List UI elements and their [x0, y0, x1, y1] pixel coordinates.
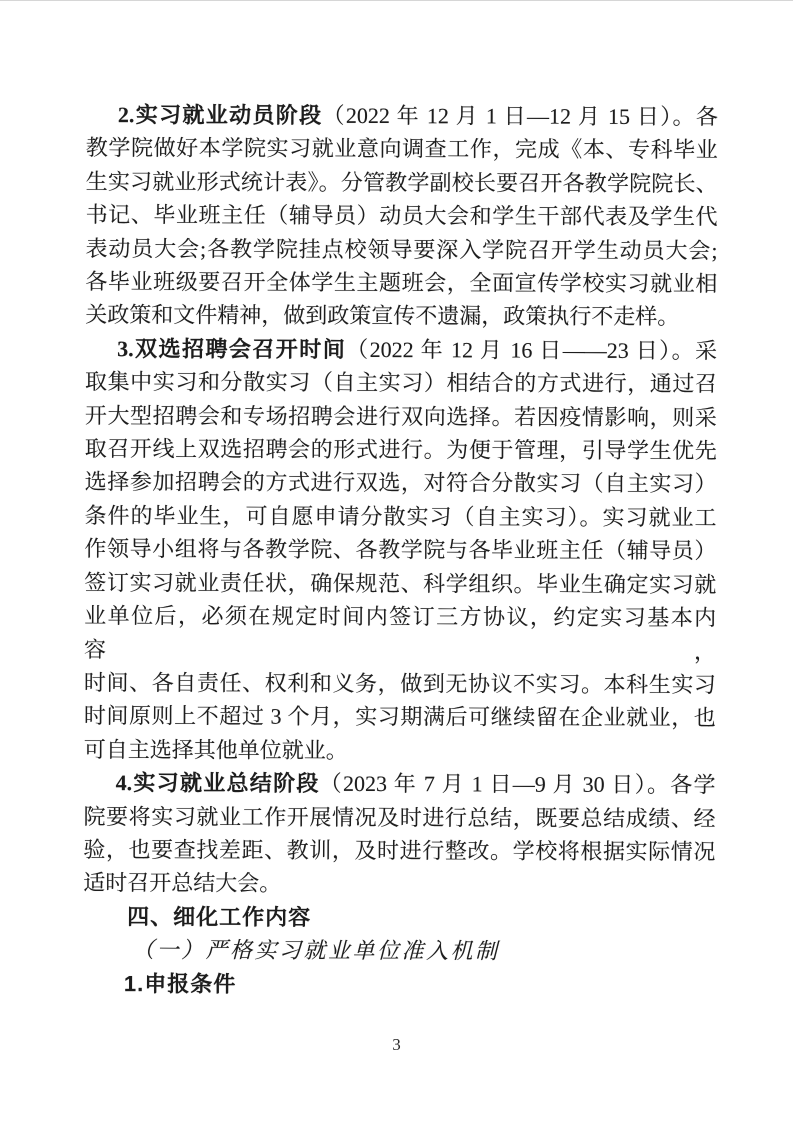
paragraph-3-line-5: 选择参加招聘会的方式进行双选，对符合分散实习（自主实习） [85, 465, 717, 501]
paragraph-2-line-5: 表动员大会;各教学院挂点校领导要深入学院召开学生动员大会; [85, 232, 717, 268]
paragraph-4-heading: 4.实习就业总结阶段 [116, 770, 320, 796]
section-heading: 四、细化工作内容 [83, 900, 715, 936]
paragraph-2-heading: 2.实习就业动员阶段 [118, 102, 323, 128]
paragraph-2-line-1: 2.实习就业动员阶段（2022 年 12 月 1 日—12 月 15 日）。各 [86, 98, 718, 134]
paragraph-3-line-11: 时间原则上不超过 3 个月，实习期满后可继续留在企业就业，也 [84, 699, 716, 735]
paragraph-2-line-7: 关政策和文件精神，做到政策宣传不遗漏，政策执行不走样。 [85, 298, 717, 334]
paragraph-4-line-1: 4.实习就业总结阶段（2023 年 7 月 1 日—9 月 30 日）。各学 [84, 766, 716, 802]
paragraph-3-line-1-rest: （2022 年 12 月 16 日——23 日）。采 [346, 337, 717, 363]
paragraph-3-line-1: 3.双选招聘会召开时间（2022 年 12 月 16 日——23 日）。采 [85, 332, 717, 368]
paragraph-3-heading: 3.双选招聘会召开时间 [117, 336, 346, 362]
paragraph-4-line-1-rest: （2023 年 7 月 1 日—9 月 30 日）。各学 [320, 771, 716, 797]
paragraph-2-line-3: 生实习就业形式统计表》。分管教学副校长要召开各教学院院长、 [86, 165, 718, 201]
paragraph-2-line-2: 教学院做好本学院实习就业意向调查工作，完成《本、专科毕业 [86, 131, 718, 167]
document-text-block: 2.实习就业动员阶段（2022 年 12 月 1 日—12 月 15 日）。各 … [83, 98, 718, 1002]
paragraph-3-line-4: 取召开线上双选招聘会的形式进行。为便于管理，引导学生优先 [85, 432, 717, 468]
paragraph-2-line-1-rest: （2022 年 12 月 1 日—12 月 15 日）。各 [322, 103, 718, 129]
paragraph-4-line-2: 院要将实习就业工作开展情况及时进行总结，既要总结成绩、经 [83, 800, 715, 836]
paragraph-2-line-4: 书记、毕业班主任（辅导员）动员大会和学生干部代表及学生代 [86, 198, 718, 234]
sub-section-heading: （一）严格实习就业单位准入机制 [83, 933, 715, 969]
paragraph-3-line-7: 作领导小组将与各教学院、各教学院与各毕业班主任（辅导员） [84, 532, 716, 568]
item-heading: 1.申报条件 [83, 967, 715, 1003]
paragraph-3-line-12: 可自主选择其他单位就业。 [84, 733, 716, 769]
document-page: 2.实习就业动员阶段（2022 年 12 月 1 日—12 月 15 日）。各 … [0, 0, 793, 1123]
paragraph-3-line-3: 开大型招聘会和专场招聘会进行双向选择。若因疫情影响，则采 [85, 399, 717, 435]
paragraph-4-line-4: 适时召开总结大会。 [83, 866, 715, 902]
paragraph-3-line-9: 业单位后，必须在规定时间内签订三方协议，约定实习基本内容， [84, 599, 716, 668]
paragraph-3-line-8: 签订实习就业责任状，确保规范、科学组织。毕业生确定实习就 [84, 566, 716, 602]
paragraph-3-line-2: 取集中实习和分散实习（自主实习）相结合的方式进行，通过召 [85, 365, 717, 401]
paragraph-3-line-10: 时间、各自责任、权利和义务，做到无协议不实习。本科生实习 [84, 666, 716, 702]
paragraph-3-line-6: 条件的毕业生，可自愿申请分散实习（自主实习）。实习就业工 [84, 499, 716, 535]
paragraph-4-line-3: 验，也要查找差距、教训，及时进行整改。学校将根据实际情况 [83, 833, 715, 869]
paragraph-2-line-6: 各毕业班级要召开全体学生主题班会，全面宣传学校实习就业相 [85, 265, 717, 301]
page-number: 3 [0, 1035, 793, 1055]
